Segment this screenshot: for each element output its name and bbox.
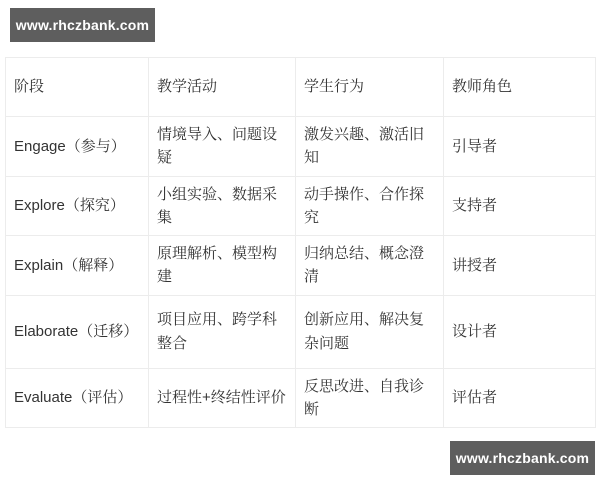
table-cell-role: 评估者	[444, 368, 596, 428]
watermark-top-text: www.rhczbank.com	[16, 17, 149, 33]
table-cell-behavior: 归纳总结、概念澄清	[296, 236, 444, 296]
table-row: Elaborate（迁移） 项目应用、跨学科整合 创新应用、解决复杂问题 设计者	[6, 295, 596, 368]
table-cell-behavior: 反思改进、自我诊断	[296, 368, 444, 428]
table-cell-stage: Engage（参与）	[6, 117, 149, 177]
page: { "watermark_top": { "text": "www.rhczba…	[0, 0, 600, 480]
table-cell-activity: 项目应用、跨学科整合	[149, 295, 296, 368]
table-cell-role: 讲授者	[444, 236, 596, 296]
watermark-bottom: www.rhczbank.com	[450, 441, 595, 475]
table-cell-stage: Explain（解释）	[6, 236, 149, 296]
table-cell-activity: 过程性+终结性评价	[149, 368, 296, 428]
watermark-bottom-text: www.rhczbank.com	[456, 450, 589, 466]
watermark-top: www.rhczbank.com	[10, 8, 155, 42]
table-header-row: 阶段 教学活动 学生行为 教师角色	[6, 58, 596, 117]
table-cell-behavior: 创新应用、解决复杂问题	[296, 295, 444, 368]
column-header-student-behavior: 学生行为	[296, 58, 444, 117]
table-cell-activity: 小组实验、数据采集	[149, 176, 296, 236]
table-cell-role: 支持者	[444, 176, 596, 236]
table-cell-activity: 原理解析、模型构建	[149, 236, 296, 296]
column-header-teacher-role: 教师角色	[444, 58, 596, 117]
column-header-teaching-activity: 教学活动	[149, 58, 296, 117]
table-cell-role: 设计者	[444, 295, 596, 368]
table-cell-activity: 情境导入、问题设疑	[149, 117, 296, 177]
table-row: Explore（探究） 小组实验、数据采集 动手操作、合作探究 支持者	[6, 176, 596, 236]
column-header-stage: 阶段	[6, 58, 149, 117]
table-row: Evaluate（评估） 过程性+终结性评价 反思改进、自我诊断 评估者	[6, 368, 596, 428]
table-cell-role: 引导者	[444, 117, 596, 177]
5e-teaching-model-table: 阶段 教学活动 学生行为 教师角色 Engage（参与） 情境导入、问题设疑 激…	[5, 57, 596, 428]
table-row: Engage（参与） 情境导入、问题设疑 激发兴趣、激活旧知 引导者	[6, 117, 596, 177]
table-cell-stage: Explore（探究）	[6, 176, 149, 236]
table-cell-stage: Elaborate（迁移）	[6, 295, 149, 368]
table-cell-behavior: 激发兴趣、激活旧知	[296, 117, 444, 177]
table-cell-behavior: 动手操作、合作探究	[296, 176, 444, 236]
table-row: Explain（解释） 原理解析、模型构建 归纳总结、概念澄清 讲授者	[6, 236, 596, 296]
table-cell-stage: Evaluate（评估）	[6, 368, 149, 428]
